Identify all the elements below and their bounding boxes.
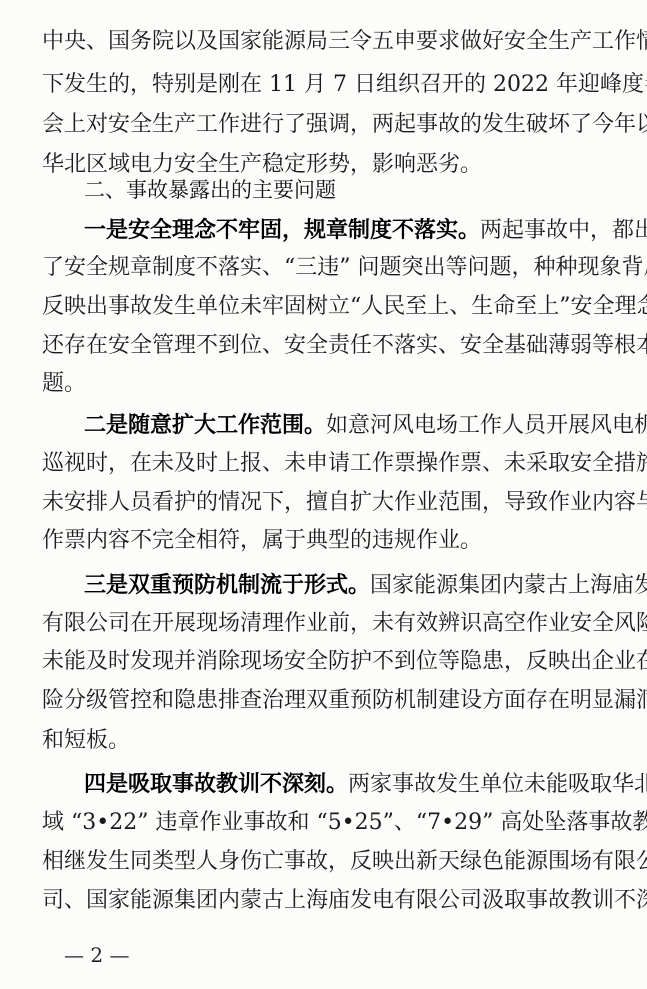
problem-4-line-3: 相继发生同类型人身伤亡事故，反映出新天绿色能源围场有限公: [42, 847, 626, 877]
problem-1-line-4: 还存在安全管理不到位、安全责任不落实、安全基础薄弱等根本问: [42, 331, 626, 361]
problem-3-first-line: 三是双重预防机制流于形式。国家能源集团内蒙古上海庙发电: [84, 570, 626, 600]
problem-3-line-4: 险分级管控和隐患排查治理双重预防机制建设方面存在明显漏洞: [42, 686, 626, 716]
problem-1-first-line: 一是安全理念不牢固，规章制度不落实。两起事故中，都出现: [84, 215, 626, 245]
page-number: — 2 —: [64, 942, 129, 968]
problem-4-first-line: 四是吸取事故教训不深刻。两家事故发生单位未能吸取华北区: [84, 769, 626, 799]
problem-3-first-rest: 国家能源集团内蒙古上海庙发电: [370, 573, 647, 598]
problem-3-line-5: 和短板。: [42, 726, 626, 756]
problem-3-line-3: 未能及时发现并消除现场安全防护不到位等隐患，反映出企业在风: [42, 647, 626, 677]
problem-3-lead: 三是双重预防机制流于形式。: [84, 572, 370, 598]
problem-2-line-2: 巡视时，在未及时上报、未申请工作票操作票、未采取安全措施、: [42, 449, 626, 479]
problem-2-line-3: 未安排人员看护的情况下，擅自扩大作业范围，导致作业内容与工: [42, 488, 626, 518]
intro-line-2: 下发生的，特别是刚在 11 月 7 日组织召开的 2022 年迎峰度冬工作: [42, 70, 626, 100]
problem-4-first-rest: 两家事故发生单位未能吸取华北区: [348, 772, 647, 797]
problem-4-lead: 四是吸取事故教训不深刻。: [84, 771, 348, 797]
problem-4-line-4: 司、国家能源集团内蒙古上海庙发电有限公司汲取事故教训不深: [42, 886, 626, 916]
problem-4-line-2: 域 “3•22” 违章作业事故和 “5•25”、“7•29” 高处坠落事故教训，: [42, 808, 626, 838]
problem-2-first-line: 二是随意扩大工作范围。如意河风电场工作人员开展风电机组: [84, 410, 626, 440]
problem-1-line-3: 反映出事故发生单位未牢固树立“人民至上、生命至上”安全理念，: [42, 292, 626, 322]
problem-1-first-rest: 两起事故中，都出现: [480, 218, 647, 243]
problem-3-line-2: 有限公司在开展现场清理作业前，未有效辨识高空作业安全风险，: [42, 609, 626, 639]
problem-2-lead: 二是随意扩大工作范围。: [84, 412, 326, 438]
intro-line-3: 会上对安全生产工作进行了强调，两起事故的发生破坏了今年以来: [42, 110, 626, 140]
section-heading: 二、事故暴露出的主要问题: [84, 175, 336, 205]
problem-2-line-4: 作票内容不完全相符，属于典型的违规作业。: [42, 526, 626, 556]
document-page: 中央、国务院以及国家能源局三令五申要求做好安全生产工作情况 下发生的，特别是刚在…: [0, 0, 647, 989]
problem-1-lead: 一是安全理念不牢固，规章制度不落实。: [84, 217, 480, 243]
problem-2-first-rest: 如意河风电场工作人员开展风电机组: [326, 413, 647, 438]
intro-line-1: 中央、国务院以及国家能源局三令五申要求做好安全生产工作情况: [42, 27, 626, 57]
problem-1-line-2: 了安全规章制度不落实、“三违” 问题突出等问题，种种现象背后: [42, 253, 626, 283]
problem-1-line-5: 题。: [42, 369, 626, 399]
